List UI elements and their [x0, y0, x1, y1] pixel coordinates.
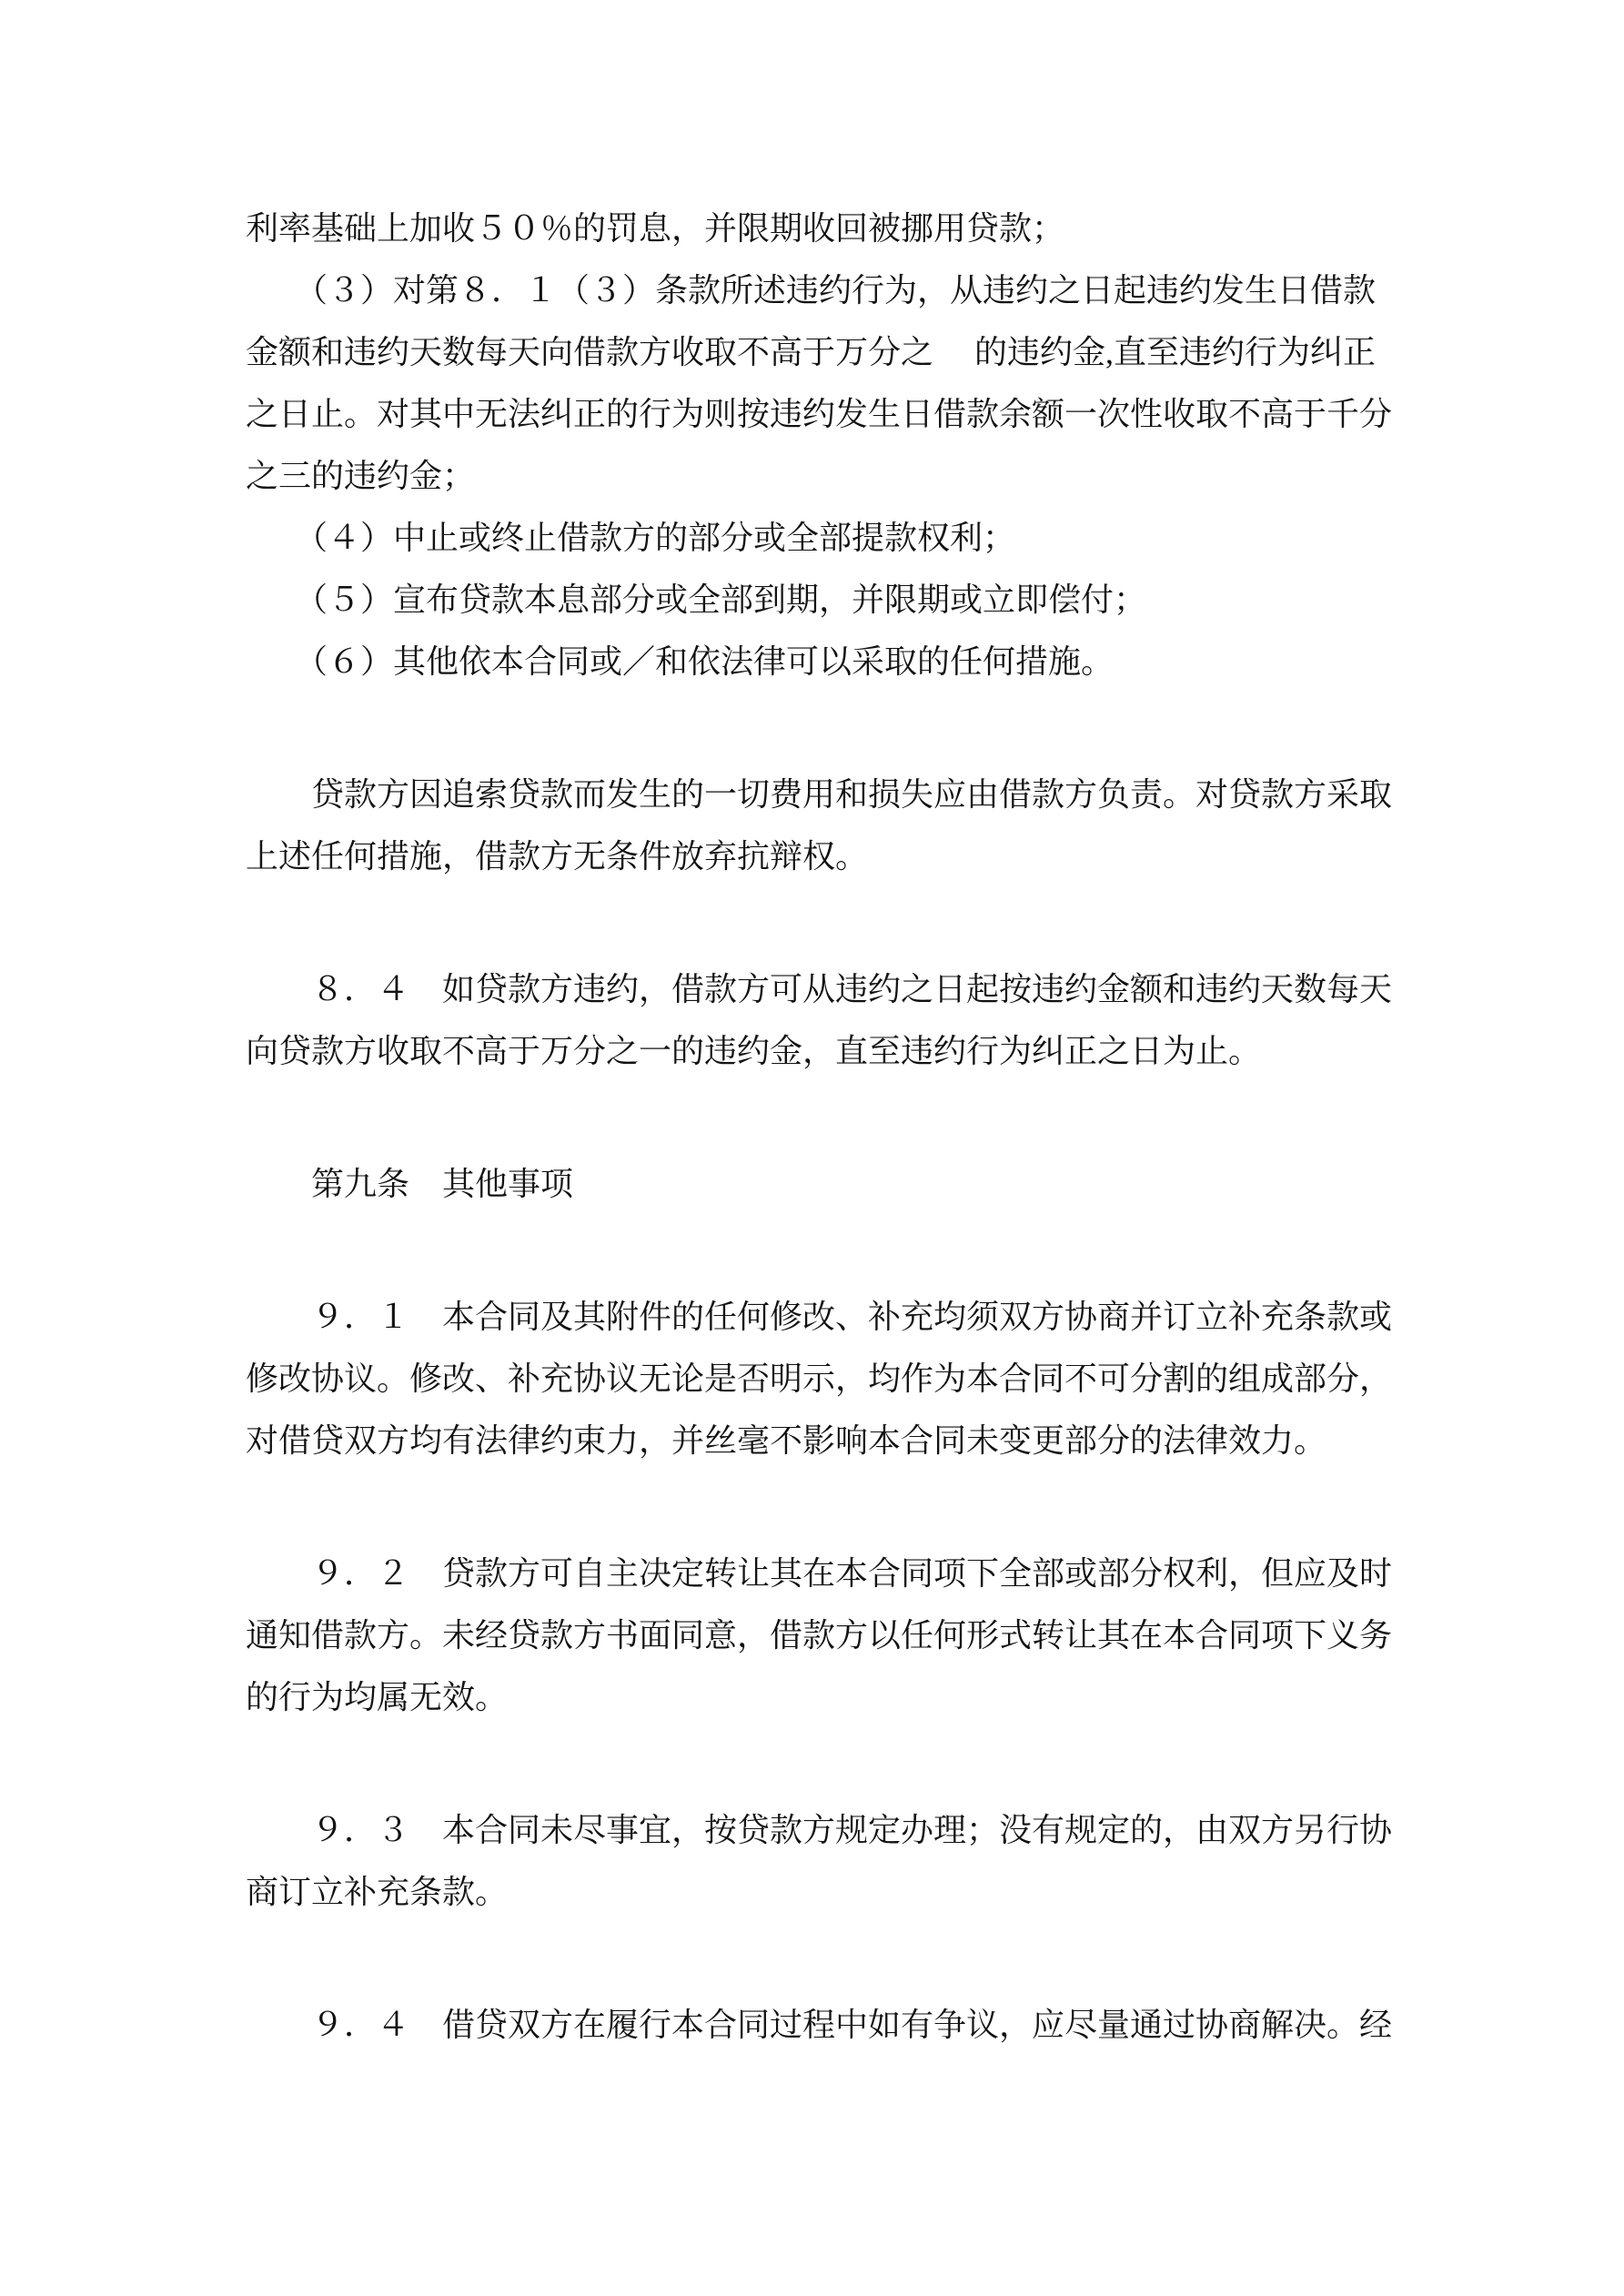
- text-line: 通知借款方。未经贷款方书面同意，借款方以任何形式转让其在本合同项下义务: [246, 1604, 1401, 1666]
- text-line: （４）中止或终止借款方的部分或全部提款权利；: [246, 507, 1401, 569]
- text-line: ９．２ 贷款方可自主决定转让其在本合同项下全部或部分权利，但应及时: [246, 1542, 1401, 1604]
- text-line: 上述任何措施，借款方无条件放弃抗辩权。: [246, 825, 1401, 887]
- text-line: 向贷款方收取不高于万分之一的违约金，直至违约行为纠正之日为止。: [246, 1020, 1401, 1082]
- paragraph-penalty-interest: 利率基础上加收５０％的罚息，并限期收回被挪用贷款； （３）对第８．１（３）条款所…: [246, 197, 1401, 693]
- text-line: 第九条 其他事项: [246, 1153, 1401, 1215]
- text-line: 修改协议。修改、补充协议无论是否明示，均作为本合同不可分割的组成部分，: [246, 1348, 1401, 1410]
- contract-document-page: 利率基础上加收５０％的罚息，并限期收回被挪用贷款； （３）对第８．１（３）条款所…: [0, 0, 1624, 2296]
- paragraph-clause-8-4: ８．４ 如贷款方违约，借款方可从违约之日起按违约金额和违约天数每天 向贷款方收取…: [246, 958, 1401, 1082]
- text-line: ９．１ 本合同及其附件的任何修改、补充均须双方协商并订立补充条款或: [246, 1286, 1401, 1348]
- text-line: 之三的违约金；: [246, 445, 1401, 507]
- heading-article-9: 第九条 其他事项: [246, 1153, 1401, 1215]
- paragraph-clause-9-3: ９．３ 本合同未尽事宜，按贷款方规定办理；没有规定的，由双方另行协 商订立补充条…: [246, 1799, 1401, 1923]
- text-line: 商订立补充条款。: [246, 1861, 1401, 1923]
- document-text-body: 利率基础上加收５０％的罚息，并限期收回被挪用贷款； （３）对第８．１（３）条款所…: [246, 197, 1401, 2056]
- text-line: 对借贷双方均有法律约束力，并丝毫不影响本合同未变更部分的法律效力。: [246, 1410, 1401, 1472]
- text-line: 贷款方因追索贷款而发生的一切费用和损失应由借款方负责。对贷款方采取: [246, 764, 1401, 825]
- text-line: ９．３ 本合同未尽事宜，按贷款方规定办理；没有规定的，由双方另行协: [246, 1799, 1401, 1861]
- paragraph-costs-liability: 贷款方因追索贷款而发生的一切费用和损失应由借款方负责。对贷款方采取 上述任何措施…: [246, 764, 1401, 887]
- text-line: （５）宣布贷款本息部分或全部到期，并限期或立即偿付；: [246, 569, 1401, 631]
- text-line: （６）其他依本合同或／和依法律可以采取的任何措施。: [246, 631, 1401, 693]
- paragraph-clause-9-2: ９．２ 贷款方可自主决定转让其在本合同项下全部或部分权利，但应及时 通知借款方。…: [246, 1542, 1401, 1728]
- text-line: 金额和违约天数每天向借款方收取不高于万分之 的违约金,直至违约行为纠正: [246, 321, 1401, 383]
- paragraph-clause-9-1: ９．１ 本合同及其附件的任何修改、补充均须双方协商并订立补充条款或 修改协议。修…: [246, 1286, 1401, 1472]
- text-line: ９．４ 借贷双方在履行本合同过程中如有争议，应尽量通过协商解决。经: [246, 1994, 1401, 2056]
- text-line: 之日止。对其中无法纠正的行为则按违约发生日借款余额一次性收取不高于千分: [246, 383, 1401, 445]
- paragraph-clause-9-4: ９．４ 借贷双方在履行本合同过程中如有争议，应尽量通过协商解决。经: [246, 1994, 1401, 2056]
- text-line: 的行为均属无效。: [246, 1666, 1401, 1728]
- text-line: （３）对第８．１（３）条款所述违约行为，从违约之日起违约发生日借款: [246, 259, 1401, 321]
- text-line: ８．４ 如贷款方违约，借款方可从违约之日起按违约金额和违约天数每天: [246, 958, 1401, 1020]
- text-line: 利率基础上加收５０％的罚息，并限期收回被挪用贷款；: [246, 197, 1401, 259]
